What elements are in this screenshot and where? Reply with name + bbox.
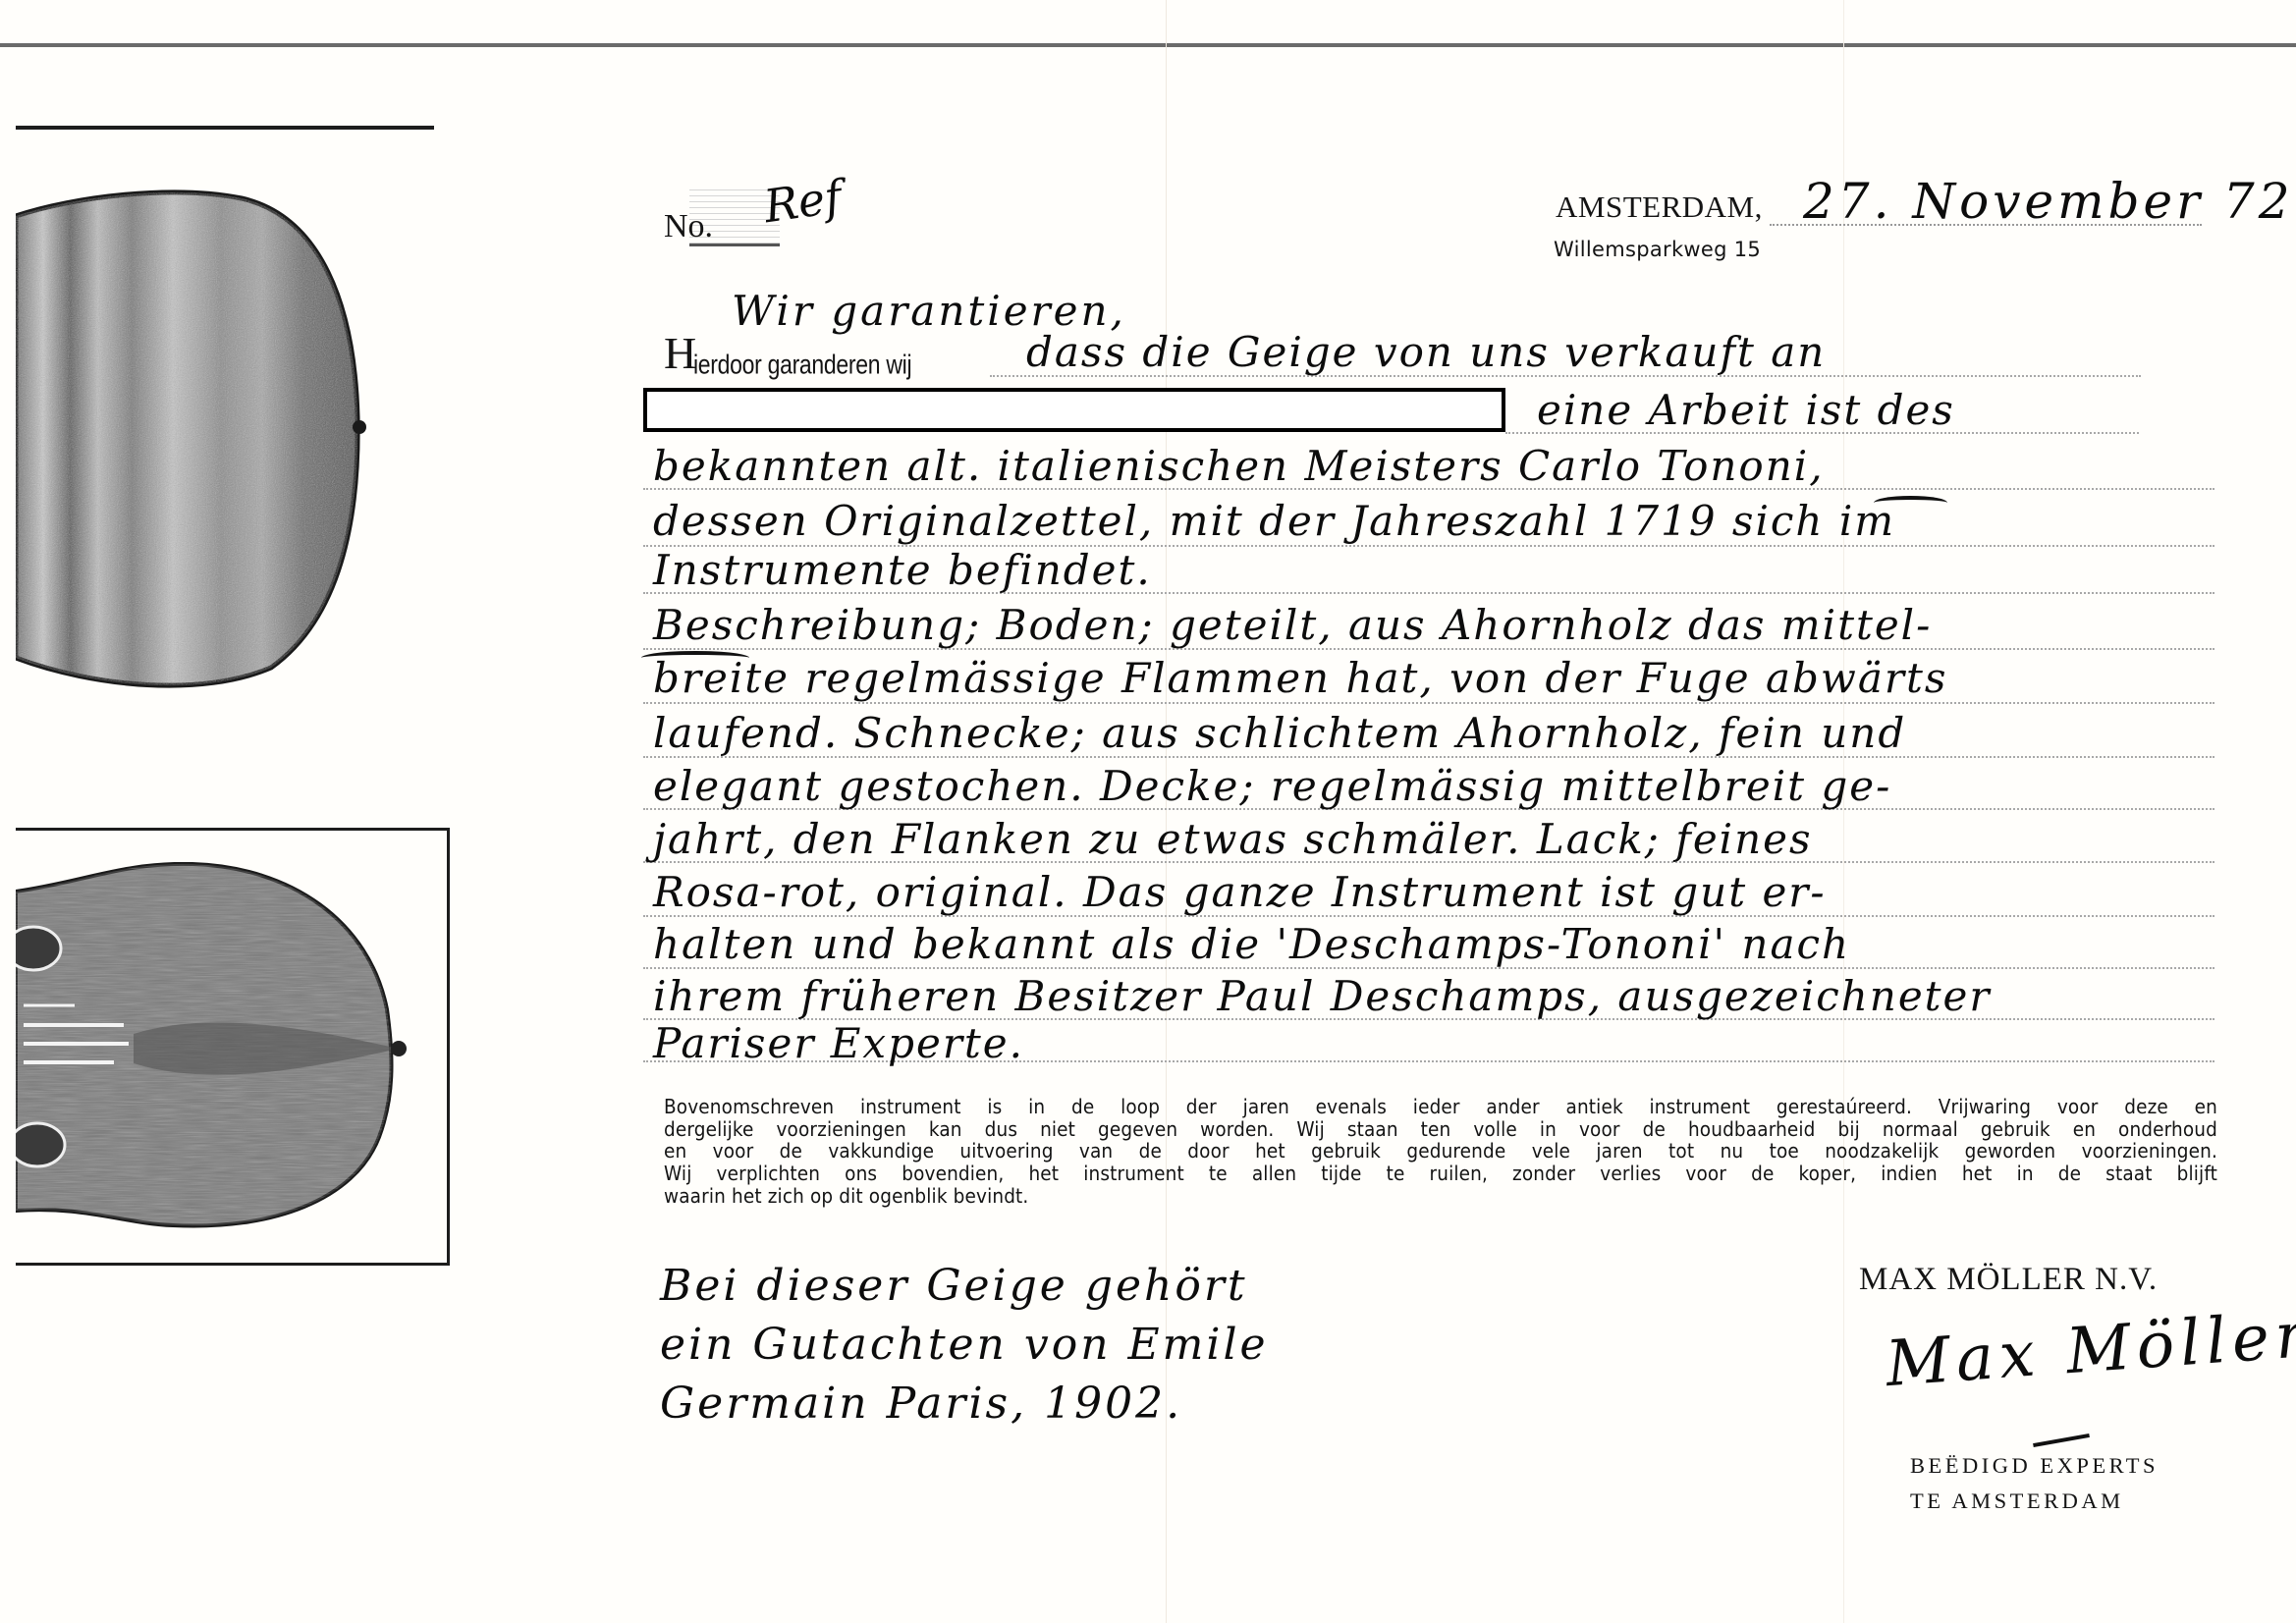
handwritten-line: bekannten alt. italienischen Meisters Ca… xyxy=(653,442,1825,490)
handwritten-line: breite regelmässige Flammen hat, von der… xyxy=(653,654,1947,702)
city-label: AMSTERDAM, xyxy=(1556,189,1763,225)
note-line: Bei dieser Geige gehört xyxy=(660,1257,1269,1316)
note-line: Germain Paris, 1902. xyxy=(660,1375,1269,1434)
violin-top-photo xyxy=(16,862,409,1235)
handwritten-line: Rosa-rot, original. Das ganze Instrument… xyxy=(653,868,1827,916)
address-line: Willemsparkweg 15 xyxy=(1554,238,1761,261)
terms-line: Bovenomschreven instrument is in de loop… xyxy=(664,1096,2217,1118)
redacted-buyer-name xyxy=(643,388,1505,432)
handwritten-line: dass die Geige von uns verkauft an xyxy=(1026,328,1826,376)
credential-line: BEËDIGD EXPERTS xyxy=(1910,1453,2159,1479)
firm-name: MAX MÖLLER N.V. xyxy=(1859,1262,2158,1298)
printed-lead-text: ierdoor garanderen wij xyxy=(693,349,911,380)
certificate-number-value: Ref xyxy=(761,170,846,233)
guarantee-terms: Bovenomschreven instrument is in de loop… xyxy=(664,1096,2217,1208)
page-top-rule xyxy=(0,43,2296,47)
handwritten-line: laufend. Schnecke; aus schlichtem Ahornh… xyxy=(653,709,1906,757)
terms-line: Wij verplichten ons bovendien, het instr… xyxy=(664,1163,2217,1185)
handwritten-line: jahrt, den Flanken zu etwas schmäler. La… xyxy=(653,815,1813,863)
handwritten-line: Pariser Experte. xyxy=(653,1019,1024,1067)
signature-stroke xyxy=(2033,1434,2090,1447)
terms-line: waarin het zich op dit ogenblik bevindt. xyxy=(664,1185,2217,1208)
printed-lead-initial: H xyxy=(664,331,696,376)
violin-back-photo xyxy=(16,187,369,697)
underline-tononi xyxy=(1874,496,1947,510)
handwritten-line: ihrem früheren Besitzer Paul Deschamps, … xyxy=(653,972,1992,1020)
handwritten-line: halten und bekannt als die 'Deschamps-To… xyxy=(653,920,1850,968)
handwritten-line: Instrumente befindet. xyxy=(653,546,1152,594)
handwritten-line: eine Arbeit ist des xyxy=(1537,386,1955,434)
terms-line: dergelijke voorzieningen kan dus niet ge… xyxy=(664,1118,2217,1141)
certificate-number-label: No. xyxy=(664,208,713,245)
paper-fold-line xyxy=(1843,0,1844,1623)
note-line: ein Gutachten von Emile xyxy=(660,1316,1269,1375)
underline-beschreibung xyxy=(641,651,749,665)
date-value: 27. November 72 xyxy=(1803,173,2294,230)
terms-line: en voor de vakkundige uitvoering van de … xyxy=(664,1140,2217,1163)
signature: Max Möller xyxy=(1884,1299,2296,1401)
handwritten-line: Beschreibung; Boden; geteilt, aus Ahornh… xyxy=(653,601,1932,649)
photo-divider xyxy=(16,126,434,130)
ruled-line xyxy=(643,702,2214,704)
handwritten-line: dessen Originalzettel, mit der Jahreszah… xyxy=(653,497,1895,545)
credential-line: TE AMSTERDAM xyxy=(1910,1488,2124,1514)
handwritten-note: Bei dieser Geige gehört ein Gutachten vo… xyxy=(660,1257,1269,1434)
handwritten-line: elegant gestochen. Decke; regelmässig mi… xyxy=(653,762,1891,810)
